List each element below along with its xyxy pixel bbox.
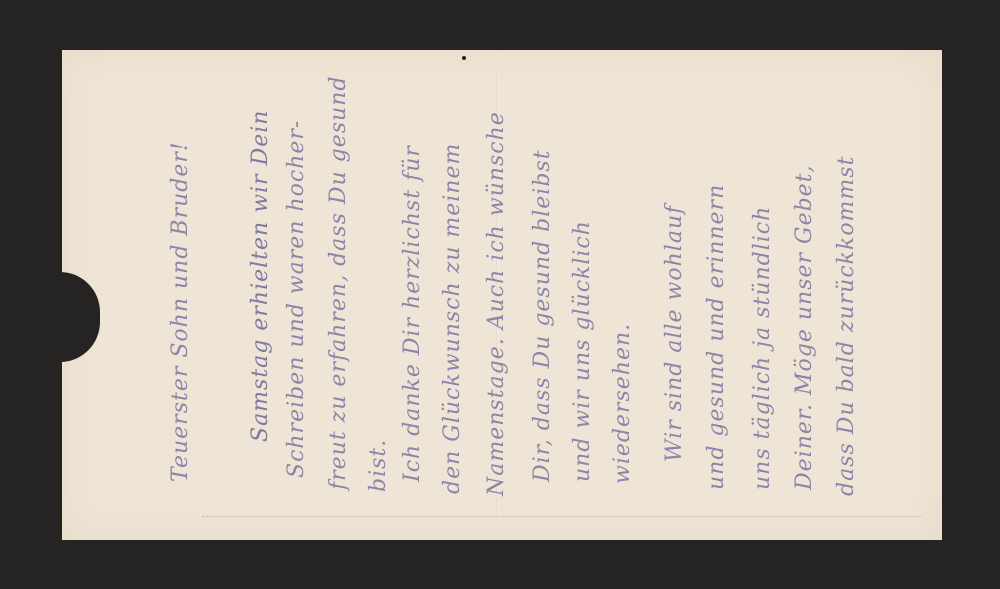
letter-line: und wir uns glücklich (570, 220, 595, 482)
salutation: Teuerster Sohn und Bruder! (168, 141, 193, 482)
letter-line: Dir, dass Du gesund bleibst (530, 149, 555, 482)
letter-line: Samstag erhielten wir Dein (248, 110, 273, 442)
letter-line: und gesund und erinnern (704, 184, 729, 490)
letter-line: Wir sind alle wohlauf (662, 205, 687, 462)
letter-line: wiedersehen. (610, 323, 635, 484)
letter-body: Teuerster Sohn und Bruder! Samstag erhie… (62, 50, 942, 540)
letter-line: freut zu erfahren, dass Du gesund (326, 76, 351, 490)
letter-line: den Glückwunsch zu meinem (440, 143, 465, 494)
letter-line: Deiner. Möge unser Gebet, (792, 164, 817, 490)
letter-line: Schreiben und waren hocher- (284, 120, 309, 478)
letter-line: Ich danke Dir herzlichst für (400, 145, 425, 482)
letter-line: dass Du bald zurückkommst (834, 156, 859, 496)
letter-line: uns täglich ja stündlich (750, 206, 775, 490)
letter-paper: Teuerster Sohn und Bruder! Samstag erhie… (62, 50, 942, 540)
letter-line: Namenstage. Auch ich wünsche (484, 111, 509, 496)
letter-line: bist. (366, 439, 391, 492)
